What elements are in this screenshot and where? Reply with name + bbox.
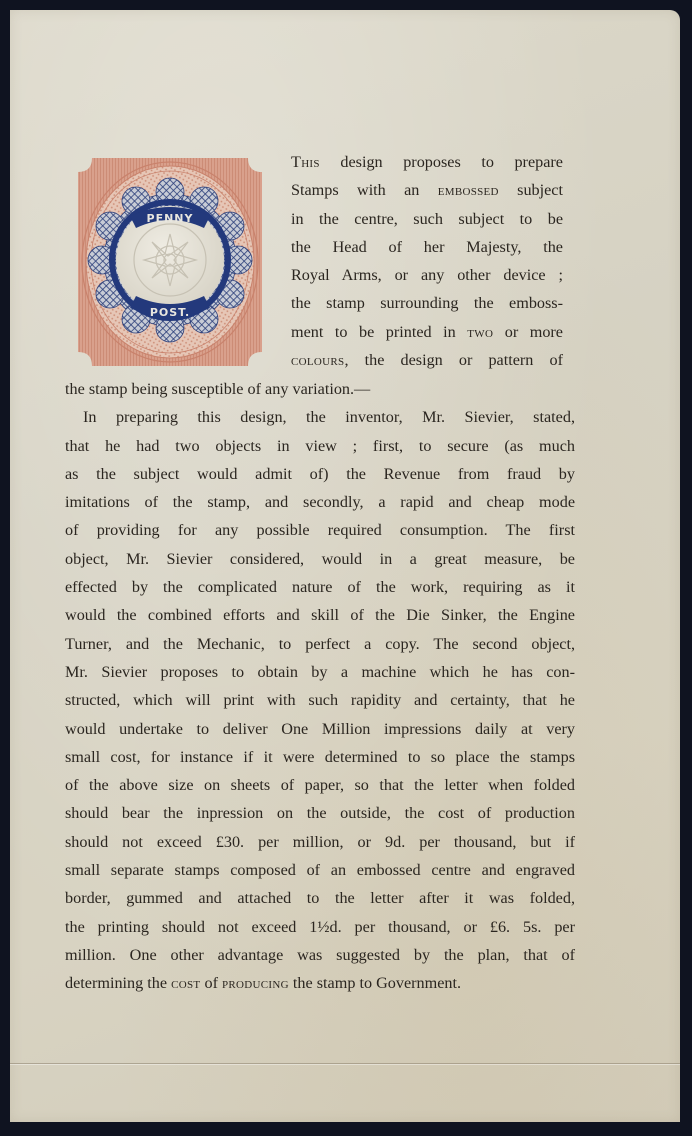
intro-line: Stamps with an embossed subject [291, 176, 563, 204]
body-line: structed, which will print with such rap… [65, 686, 575, 714]
body-line: would the combined efforts and skill of … [65, 601, 575, 629]
body-line: imitations of the stamp, and secondly, a… [65, 488, 575, 516]
intro-line: ment to be printed in two or more [291, 318, 563, 346]
body-line: small cost, for instance if it were dete… [65, 743, 575, 771]
body-paragraph: the stamp being susceptible of any varia… [65, 375, 575, 998]
body-line: effected by the complicated nature of th… [65, 573, 575, 601]
final-text-after: the stamp to Government. [289, 974, 461, 992]
intro-line: colours, the design or pattern of [291, 346, 563, 374]
body-line: Mr. Sievier proposes to obtain by a mach… [65, 658, 575, 686]
intro-line: the stamp surrounding the emboss- [291, 289, 563, 317]
body-line: Turner, and the Mechanic, to perfect a c… [65, 630, 575, 658]
body-line: should not exceed £30. per million, or 9… [65, 828, 575, 856]
intro-paragraph: This design proposes to prepare Stamps w… [291, 148, 563, 374]
intro-line: This design proposes to prepare [291, 148, 563, 176]
body-line: the stamp being susceptible of any varia… [65, 375, 575, 403]
body-line: of providing for any possible required c… [65, 516, 575, 544]
body-final-line: determining the cost of producing the st… [65, 969, 575, 997]
body-line: would undertake to deliver One Million i… [65, 715, 575, 743]
stamp-bottom-label: POST. [150, 306, 190, 319]
body-line: of the above size on sheets of paper, so… [65, 771, 575, 799]
stamp-top-label: PENNY [147, 212, 194, 225]
body-line: In preparing this design, the inventor, … [65, 403, 575, 431]
intro-line: Royal Arms, or any other device ; [291, 261, 563, 289]
final-smallcaps-producing: producing [222, 974, 289, 992]
penny-post-stamp-image: PENNY POST. [78, 158, 262, 366]
document-page: PENNY POST. This design proposes to prep… [10, 10, 680, 1122]
final-text-middle: of [200, 974, 222, 992]
body-line: border, gummed and attached to the lette… [65, 884, 575, 912]
body-line: the printing should not exceed 1½d. per … [65, 913, 575, 941]
body-line: small separate stamps composed of an emb… [65, 856, 575, 884]
body-line: as the subject would admit of) the Reven… [65, 460, 575, 488]
paper-fold-line [10, 1063, 680, 1064]
body-line: that he had two objects in view ; first,… [65, 432, 575, 460]
final-text-before: determining the [65, 974, 171, 992]
intro-line: the Head of her Majesty, the [291, 233, 563, 261]
final-smallcaps-cost: cost [171, 974, 200, 992]
body-line: should bear the inpression on the outsid… [65, 799, 575, 827]
body-line: million. One other advantage was suggest… [65, 941, 575, 969]
intro-line: in the centre, such subject to be [291, 205, 563, 233]
body-line: object, Mr. Sievier considered, would in… [65, 545, 575, 573]
